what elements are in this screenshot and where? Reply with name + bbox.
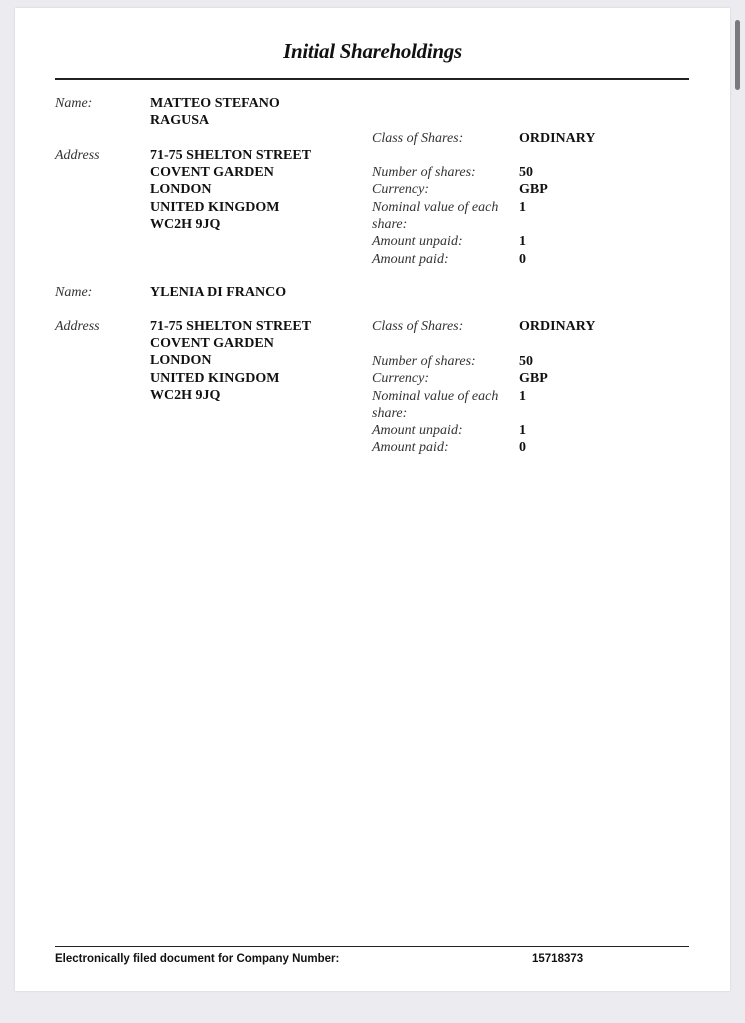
address-line: COVENT GARDEN (150, 335, 274, 352)
vertical-scrollbar[interactable] (735, 20, 740, 90)
shareholder-name-line: YLENIA DI FRANCO (150, 284, 286, 301)
document-title: Initial Shareholdings (15, 39, 730, 64)
nominal-value-value: 1 (519, 388, 526, 405)
nominal-value-value: 1 (519, 199, 526, 216)
document-page: Initial Shareholdings Name: MATTEO STEFA… (15, 8, 730, 991)
amount-unpaid-value: 1 (519, 422, 526, 439)
footer-divider (55, 946, 689, 947)
amount-unpaid-value: 1 (519, 233, 526, 250)
number-of-shares-value: 50 (519, 164, 533, 181)
name-label: Name: (55, 284, 92, 301)
address-line: UNITED KINGDOM (150, 370, 280, 387)
amount-paid-label: Amount paid: (372, 251, 449, 268)
nominal-value-label: Nominal value of each (372, 388, 498, 405)
address-label: Address (55, 318, 100, 335)
amount-unpaid-label: Amount unpaid: (372, 422, 463, 439)
nominal-value-label-cont: share: (372, 216, 407, 233)
address-line: LONDON (150, 181, 211, 198)
number-of-shares-value: 50 (519, 353, 533, 370)
footer-label: Electronically filed document for Compan… (55, 953, 339, 965)
currency-label: Currency: (372, 370, 429, 387)
address-line: 71-75 SHELTON STREET (150, 318, 311, 335)
title-divider (55, 78, 689, 80)
nominal-value-label-cont: share: (372, 405, 407, 422)
currency-label: Currency: (372, 181, 429, 198)
address-line: WC2H 9JQ (150, 387, 220, 404)
address-line: 71-75 SHELTON STREET (150, 147, 311, 164)
address-line: WC2H 9JQ (150, 216, 220, 233)
company-number: 15718373 (532, 953, 583, 965)
amount-paid-value: 0 (519, 439, 526, 456)
name-label: Name: (55, 95, 92, 112)
class-of-shares-value: ORDINARY (519, 130, 596, 147)
currency-value: GBP (519, 370, 548, 387)
nominal-value-label: Nominal value of each (372, 199, 498, 216)
class-of-shares-label: Class of Shares: (372, 318, 463, 335)
shareholder-name-line: RAGUSA (150, 112, 209, 129)
number-of-shares-label: Number of shares: (372, 353, 476, 370)
number-of-shares-label: Number of shares: (372, 164, 476, 181)
address-line: COVENT GARDEN (150, 164, 274, 181)
address-line: UNITED KINGDOM (150, 199, 280, 216)
amount-paid-value: 0 (519, 251, 526, 268)
amount-unpaid-label: Amount unpaid: (372, 233, 463, 250)
class-of-shares-label: Class of Shares: (372, 130, 463, 147)
shareholder-name-line: MATTEO STEFANO (150, 95, 280, 112)
address-label: Address (55, 147, 100, 164)
address-line: LONDON (150, 352, 211, 369)
amount-paid-label: Amount paid: (372, 439, 449, 456)
class-of-shares-value: ORDINARY (519, 318, 596, 335)
currency-value: GBP (519, 181, 548, 198)
